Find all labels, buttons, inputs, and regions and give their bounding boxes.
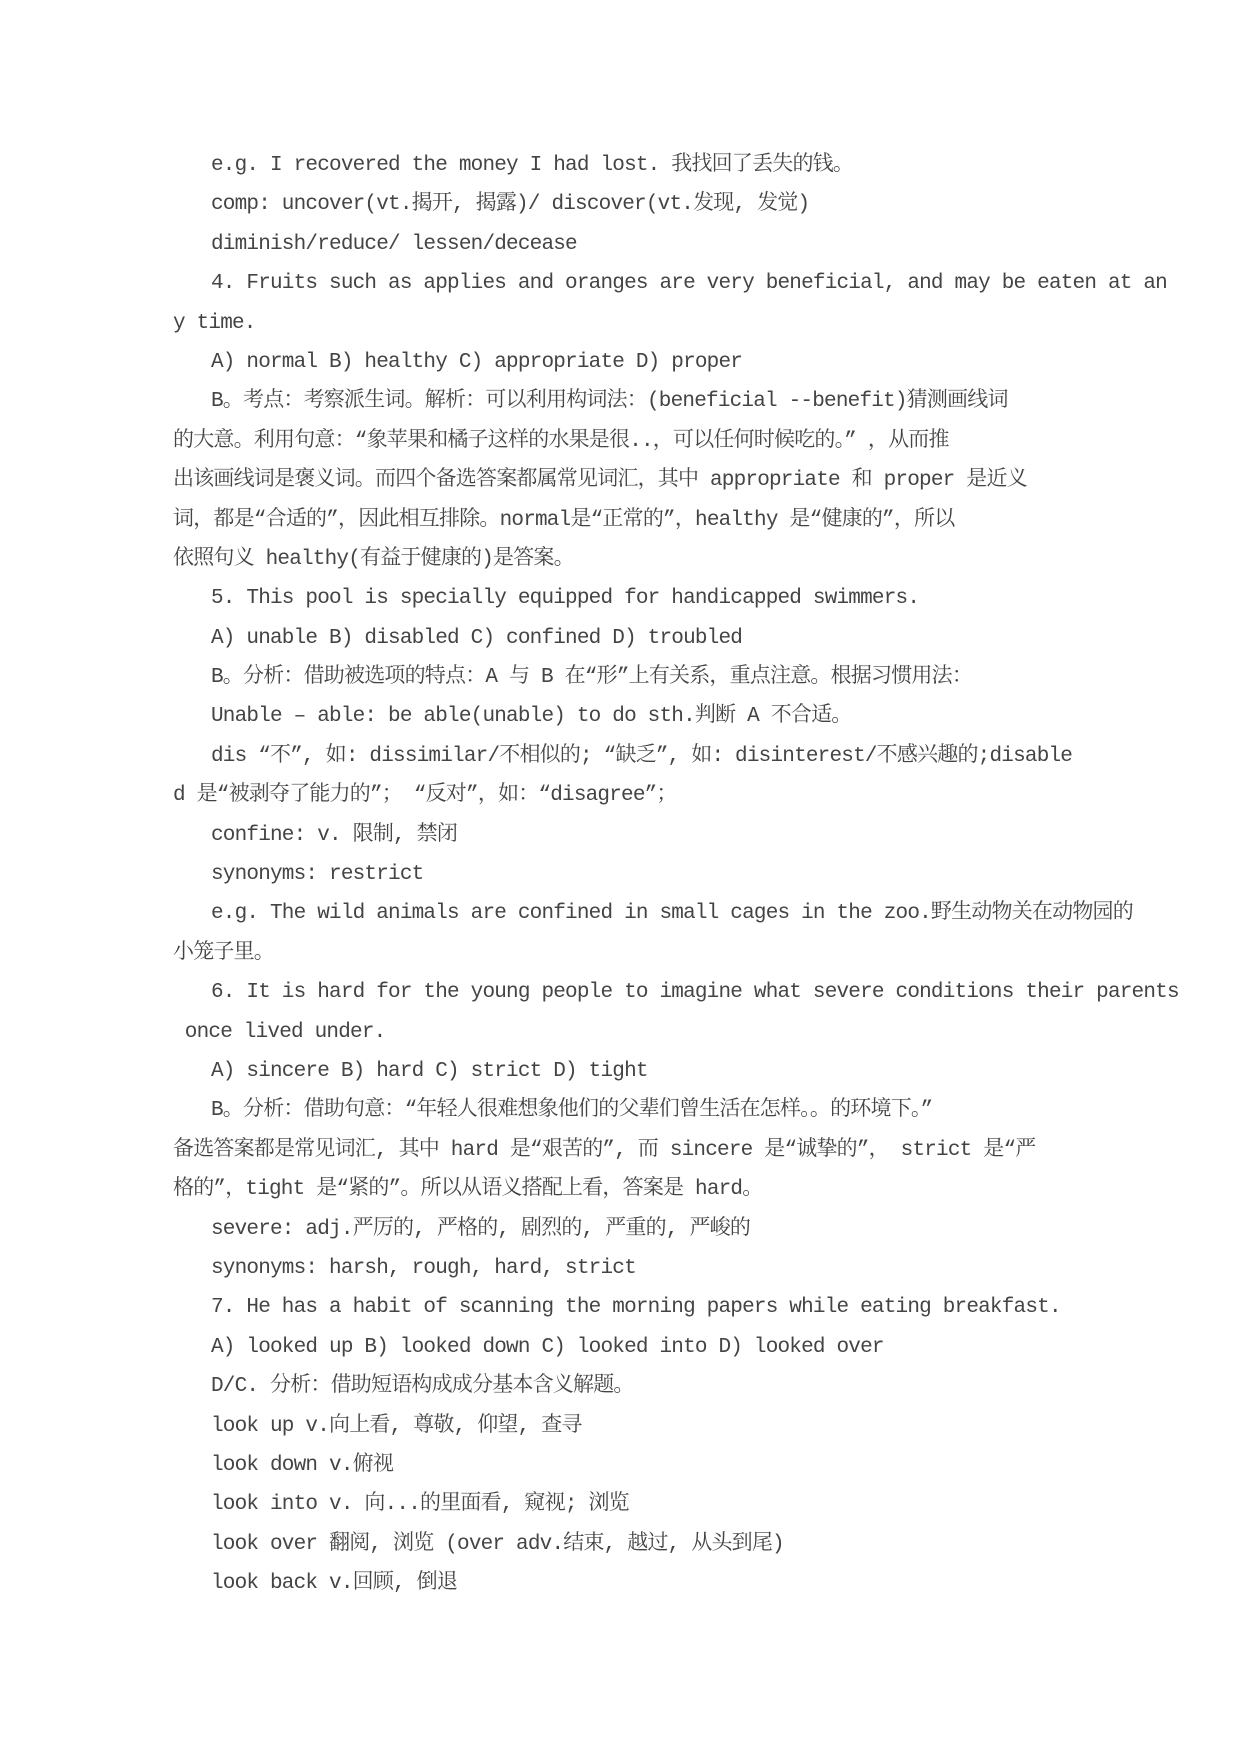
- text-line: dis “不”, 如: dissimilar/不相似的; “缺乏”, 如: di…: [173, 737, 1131, 776]
- text-line: A) sincere B) hard C) strict D) tight: [173, 1052, 1131, 1091]
- text-line: look into v. 向...的里面看, 窥视; 浏览: [173, 1485, 1131, 1524]
- text-line: D/C. 分析：借助短语构成成分基本含义解题。: [173, 1367, 1131, 1406]
- document-page: e.g. I recovered the money I had lost. 我…: [0, 0, 1241, 1754]
- text-line: confine: v. 限制, 禁闭: [173, 816, 1131, 855]
- text-line: Unable – able: be able(unable) to do sth…: [173, 697, 1131, 736]
- text-line: diminish/reduce/ lessen/decease: [173, 225, 1131, 264]
- text-line: look up v.向上看, 尊敬, 仰望, 查寻: [173, 1407, 1131, 1446]
- text-line: y time.: [173, 304, 1131, 343]
- text-line: 的大意。利用句意：“象苹果和橘子这样的水果是很..，可以任何时候吃的。” ，从而…: [173, 422, 1131, 461]
- text-line: 小笼子里。: [173, 934, 1131, 973]
- text-line: 词，都是“合适的”，因此相互排除。normal是“正常的”，healthy 是“…: [173, 501, 1131, 540]
- text-line: 格的”，tight 是“紧的”。所以从语义搭配上看，答案是 hard。: [173, 1170, 1131, 1209]
- text-line: B。分析：借助被选项的特点：A 与 B 在“形”上有关系，重点注意。根据习惯用法…: [173, 658, 1131, 697]
- text-line: look over 翻阅, 浏览 (over adv.结束, 越过, 从头到尾): [173, 1525, 1131, 1564]
- text-line: A) normal B) healthy C) appropriate D) p…: [173, 343, 1131, 382]
- text-line: e.g. The wild animals are confined in sm…: [173, 894, 1131, 933]
- text-line: A) unable B) disabled C) confined D) tro…: [173, 619, 1131, 658]
- text-line: look back v.回顾, 倒退: [173, 1564, 1131, 1603]
- text-line: synonyms: restrict: [173, 855, 1131, 894]
- text-line: A) looked up B) looked down C) looked in…: [173, 1328, 1131, 1367]
- text-line: comp: uncover(vt.揭开, 揭露)/ discover(vt.发现…: [173, 185, 1131, 224]
- text-line: 出该画线词是褒义词。而四个备选答案都属常见词汇，其中 appropriate 和…: [173, 461, 1131, 500]
- text-line: B。分析：借助句意：“年轻人很难想象他们的父辈们曾生活在怎样。。的环境下。”: [173, 1091, 1131, 1130]
- text-line: 5. This pool is specially equipped for h…: [173, 579, 1131, 618]
- text-line: look down v.俯视: [173, 1446, 1131, 1485]
- text-line: e.g. I recovered the money I had lost. 我…: [173, 146, 1131, 185]
- text-line: synonyms: harsh, rough, hard, strict: [173, 1249, 1131, 1288]
- text-line: B。考点：考察派生词。解析：可以利用构词法：(beneficial --bene…: [173, 382, 1131, 421]
- text-line: once lived under.: [173, 1013, 1131, 1052]
- text-line: d 是“被剥夺了能力的”； “反对”，如：“disagree”；: [173, 776, 1131, 815]
- text-line: severe: adj.严厉的, 严格的, 剧烈的, 严重的, 严峻的: [173, 1210, 1131, 1249]
- text-line: 备选答案都是常见词汇, 其中 hard 是“艰苦的”, 而 sincere 是“…: [173, 1131, 1131, 1170]
- text-line: 4. Fruits such as applies and oranges ar…: [173, 264, 1131, 303]
- text-line: 6. It is hard for the young people to im…: [173, 973, 1131, 1012]
- text-line: 7. He has a habit of scanning the mornin…: [173, 1288, 1131, 1327]
- text-line: 依照句义 healthy(有益于健康的)是答案。: [173, 540, 1131, 579]
